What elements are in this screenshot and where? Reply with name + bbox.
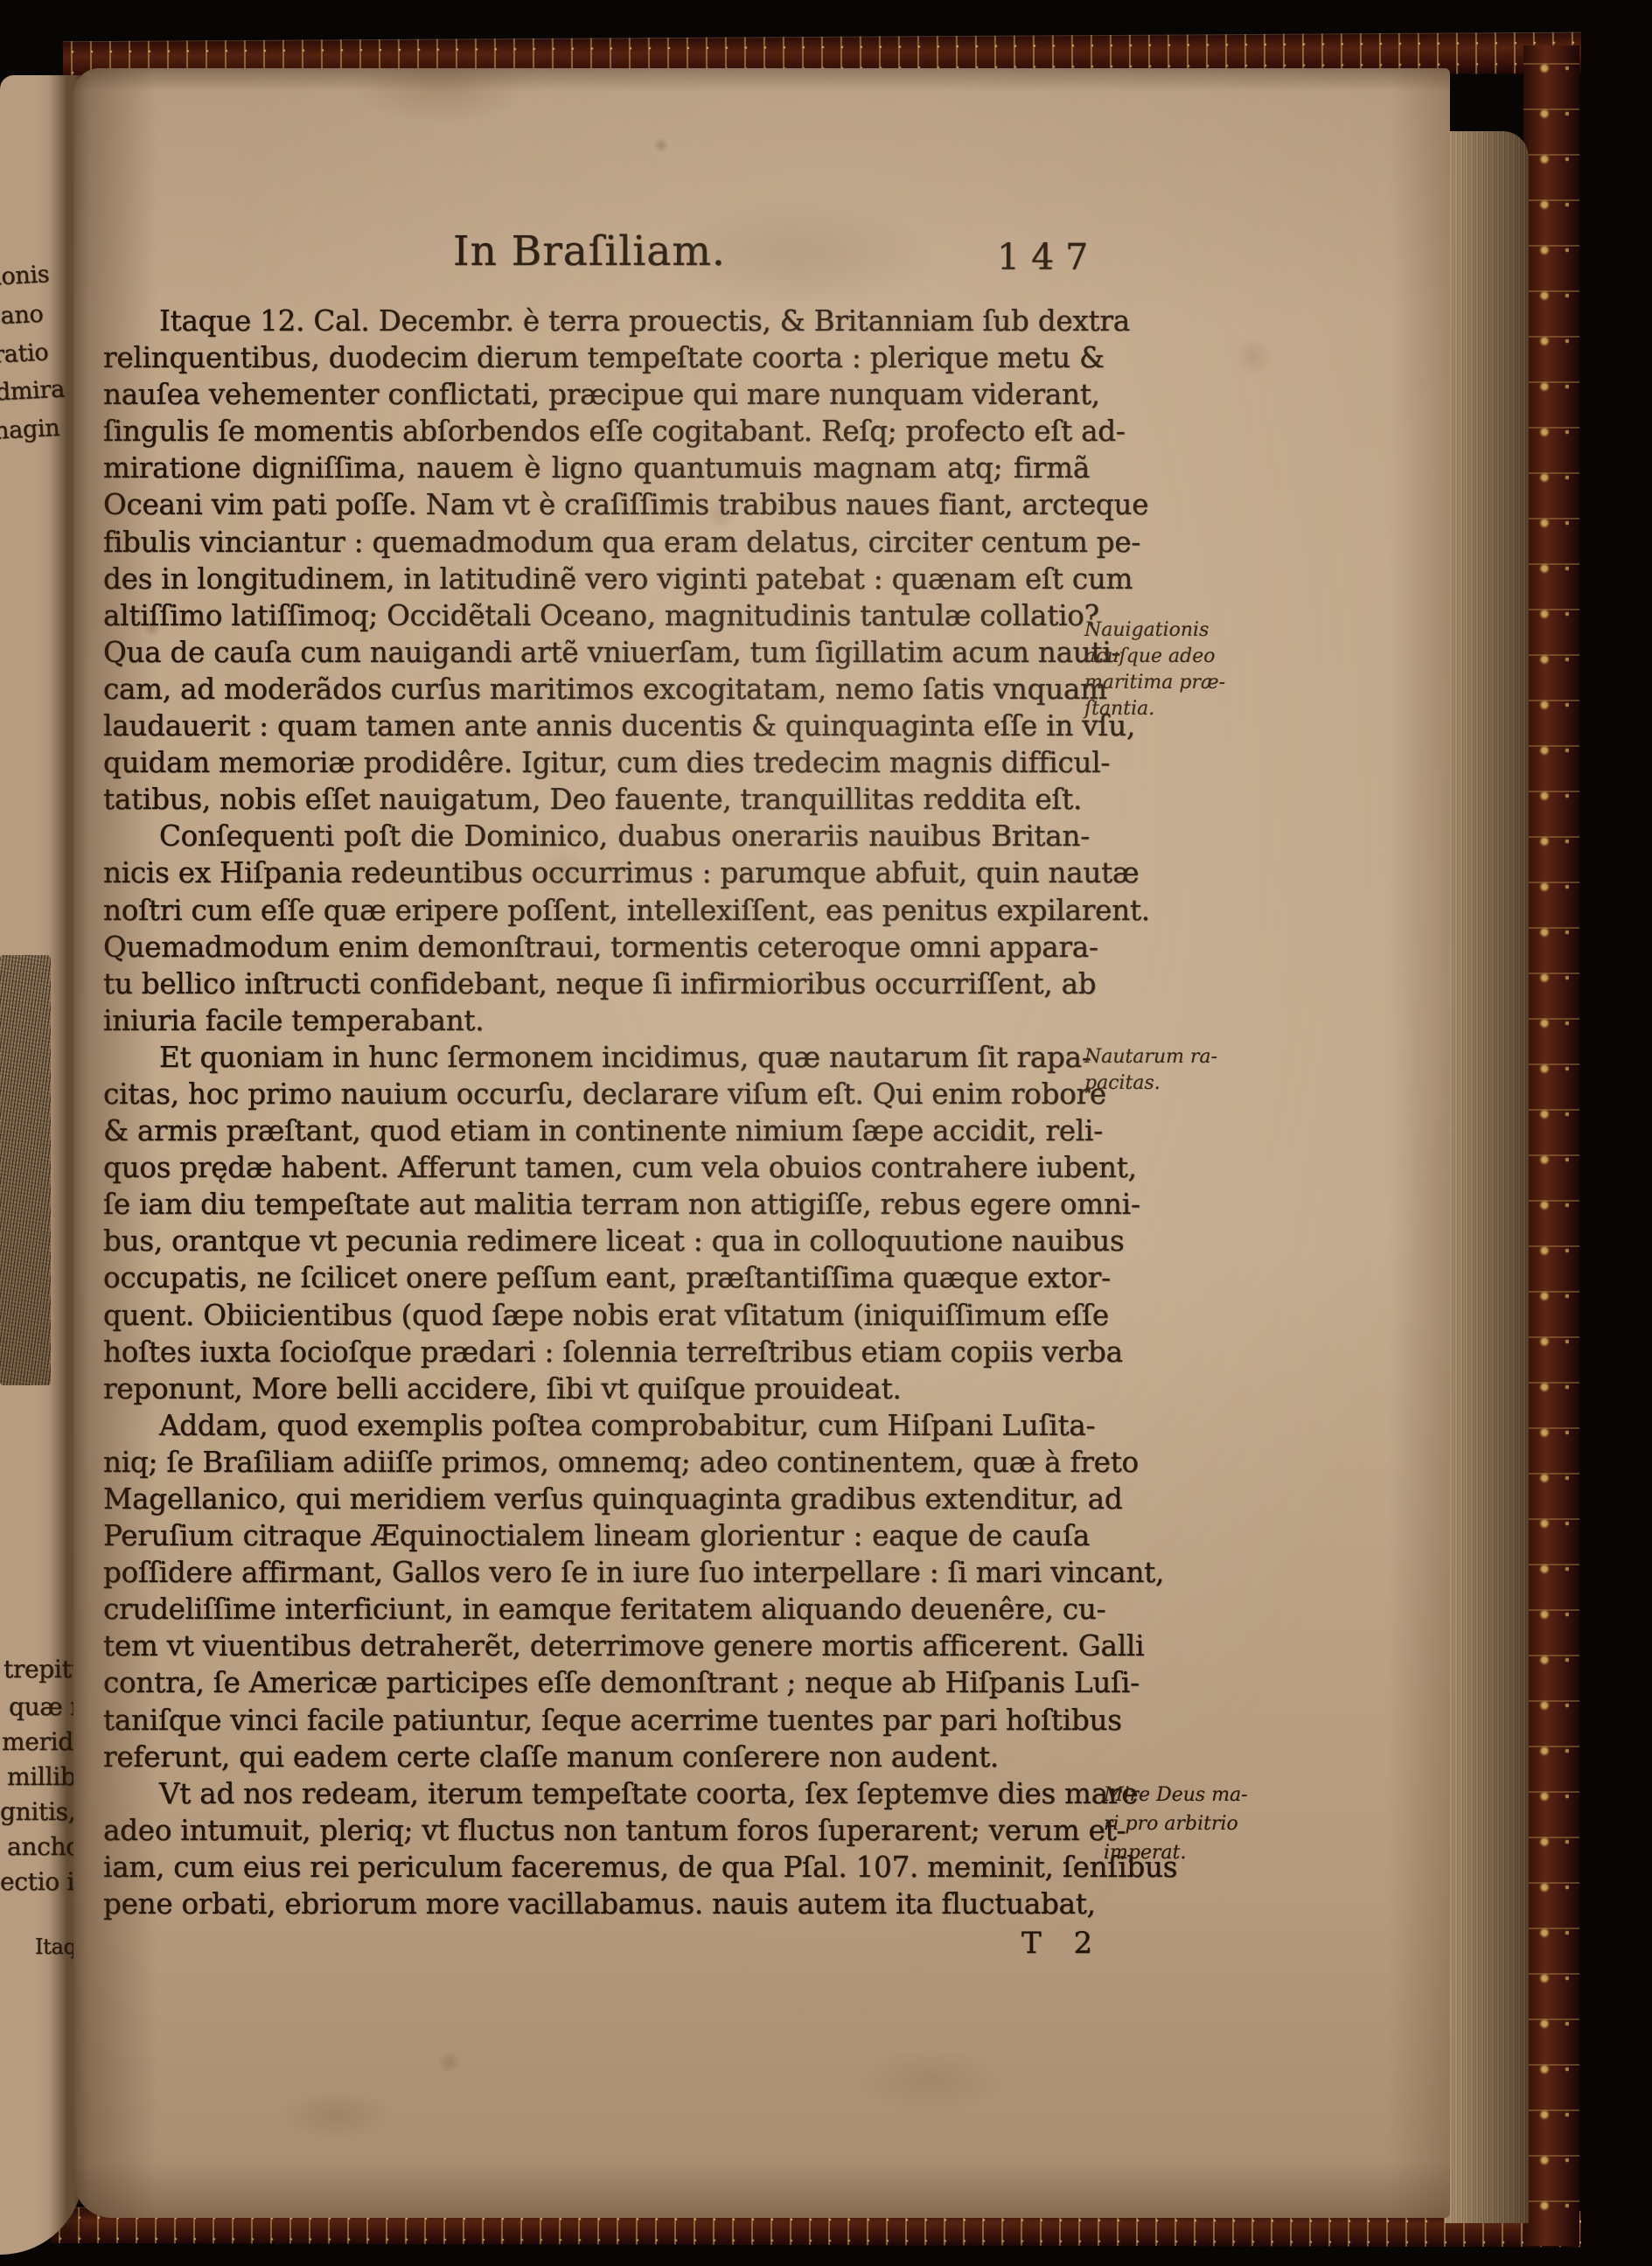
text-line: quos prędæ habent. Afferunt tamen, cum v… bbox=[103, 1149, 1090, 1186]
text-line: quent. Obiicientibus (quod ſæpe nobis er… bbox=[103, 1297, 1090, 1334]
margin-note-line: maritima præ- bbox=[1084, 670, 1251, 696]
text-line: Itaque 12. Cal. Decembr. è terra prouect… bbox=[103, 303, 1090, 339]
text-line: Quemadmodum enim demonſtraui, tormentis … bbox=[103, 929, 1090, 966]
text-line: tatibus, nobis eſſet nauigatum, Deo faue… bbox=[103, 781, 1090, 818]
page-number: 147 bbox=[997, 236, 1099, 278]
text-line: Conſequenti poſt die Dominico, duabus on… bbox=[103, 818, 1090, 854]
text-line: altiſſimo latiſſimoq; Occidẽtali Oceano,… bbox=[103, 597, 1090, 634]
facing-text-fragment: trepitus at bbox=[3, 1655, 84, 1684]
facing-text-fragment: anchora bbox=[7, 1832, 84, 1861]
facing-text-fragment: meridiem bbox=[2, 1727, 84, 1756]
page-block-fore-edge bbox=[1445, 131, 1529, 2223]
text-line: des in longitudinem, in latitudinẽ vero … bbox=[103, 561, 1090, 597]
text-line: quidam memoriæ prodidêre. Igitur, cum di… bbox=[103, 744, 1090, 781]
text-line: relinquentibus, duodecim dierum tempeſta… bbox=[103, 339, 1090, 376]
margin-note-line: Nauigationis bbox=[1084, 617, 1251, 644]
main-text-block: Itaque 12. Cal. Decembr. è terra prouect… bbox=[103, 303, 1090, 1922]
text-line: nauſea vehementer conflictati, præcipue … bbox=[103, 376, 1090, 413]
text-line: Addam, quod exemplis poſtea comprobabitu… bbox=[103, 1407, 1090, 1444]
text-line: laudauerit : quam tamen ante annis ducen… bbox=[103, 708, 1090, 744]
text-line: niq; ſe Braſiliam adiiſſe primos, omnemq… bbox=[103, 1444, 1090, 1481]
margin-note-line: ſtantia. bbox=[1084, 696, 1251, 722]
margin-note-line: pacitas. bbox=[1084, 1070, 1251, 1097]
text-line: occupatis, ne ſcilicet onere peſſum eant… bbox=[103, 1259, 1090, 1296]
text-line: contra, ſe Americæ participes eſſe demon… bbox=[103, 1664, 1090, 1701]
text-line: pene orbati, ebriorum more vacillabamus.… bbox=[103, 1886, 1090, 1922]
text-line: poſſidere affirmant, Gallos vero ſe in i… bbox=[103, 1554, 1090, 1591]
margin-note-line: ri pro arbitrio bbox=[1104, 1809, 1270, 1838]
margin-note-sailors-rapacity: Nautarum ra-pacitas. bbox=[1084, 1044, 1251, 1097]
margin-note-line: acuſque adeo bbox=[1084, 644, 1251, 670]
facing-text-fragment: gnitis, & p bbox=[0, 1797, 84, 1826]
text-line: hoſtes iuxta ſocioſque prædari : ſolenni… bbox=[103, 1334, 1090, 1370]
running-title: In Braſiliam. bbox=[453, 227, 726, 275]
text-line: Peruſium citraque Æquinoctialem lineam g… bbox=[103, 1517, 1090, 1554]
text-line: reponunt, More belli accidere, ſibi vt q… bbox=[103, 1370, 1090, 1407]
text-line: fibulis vinciantur : quemadmodum qua era… bbox=[103, 524, 1090, 561]
text-line: ſingulis ſe momentis abſorbendos eſſe co… bbox=[103, 413, 1090, 450]
text-line: tem vt viuentibus detraherẽt, deterrimov… bbox=[103, 1628, 1090, 1664]
text-line: Vt ad nos redeam, iterum tempeſtate coor… bbox=[103, 1775, 1090, 1812]
text-line: Oceani vim pati poſſe. Nam vt è craſiſſi… bbox=[103, 486, 1090, 523]
book-photo: turionisericanoderation admiranonagin tr… bbox=[0, 0, 1652, 2266]
margin-note-line: Nautarum ra- bbox=[1084, 1044, 1251, 1070]
text-line: noſtri cum eſſe quæ eripere poſſent, int… bbox=[103, 892, 1090, 929]
right-binding-gilt-edge bbox=[1523, 45, 1579, 2246]
facing-text-fragment: millibus, bbox=[7, 1762, 84, 1791]
text-line: crudeliſſime interficiunt, in eamque fer… bbox=[103, 1591, 1090, 1628]
text-line: miratione digniſſima, nauem è ligno quan… bbox=[103, 450, 1090, 486]
text-line: referunt, qui eadem certe claſſe manum c… bbox=[103, 1739, 1090, 1775]
facing-text-fragment: Itaq bbox=[35, 1935, 77, 1959]
text-line: cam, ad moderãdos curſus maritimos excog… bbox=[103, 671, 1090, 708]
text-line: tu bellico inſtructi confidebant, neque … bbox=[103, 966, 1090, 1002]
text-line: iniuria facile temperabant. bbox=[103, 1002, 1090, 1039]
text-line: taniſque vinci facile patiuntur, ſeque a… bbox=[103, 1702, 1090, 1739]
text-line: bus, orantque vt pecunia redimere liceat… bbox=[103, 1223, 1090, 1259]
margin-note-deus-mari: Mire Deus ma-ri pro arbitrioimperat. bbox=[1104, 1781, 1270, 1867]
book-page: In Braſiliam. 147 Itaque 12. Cal. Decemb… bbox=[73, 68, 1450, 2218]
text-line: Et quoniam in hunc ſermonem incidimus, q… bbox=[103, 1039, 1090, 1076]
text-line: citas, hoc primo nauium occurſu, declara… bbox=[103, 1076, 1090, 1112]
margin-note-line: Mire Deus ma- bbox=[1104, 1781, 1270, 1809]
text-line: adeo intumuit, pleriq; vt fluctus non ta… bbox=[103, 1812, 1090, 1849]
facing-page-sliver: turionisericanoderation admiranonagin tr… bbox=[0, 75, 84, 2255]
text-line: & armis præſtant, quod etiam in continen… bbox=[103, 1112, 1090, 1149]
text-line: Magellanico, qui meridiem verſus quinqua… bbox=[103, 1481, 1090, 1517]
margin-note-line: imperat. bbox=[1104, 1838, 1270, 1867]
facing-text-fragment: ectio in cu bbox=[0, 1867, 84, 1896]
signature-mark: T 2 bbox=[1021, 1926, 1092, 1961]
facing-fragments-lower: trepitus atquæ naumeridiemmillibus,gniti… bbox=[0, 75, 84, 2255]
text-line: iam, cum eius rei periculum faceremus, d… bbox=[103, 1849, 1090, 1886]
text-line: nicis ex Hiſpania redeuntibus occurrimus… bbox=[103, 854, 1090, 891]
text-line: ſe iam diu tempeſtate aut malitia terram… bbox=[103, 1186, 1090, 1223]
text-line: Qua de cauſa cum nauigandi artẽ vniuerſa… bbox=[103, 634, 1090, 671]
margin-note-navigation: Nauigationisacuſque adeomaritima præ-ſta… bbox=[1084, 617, 1251, 722]
